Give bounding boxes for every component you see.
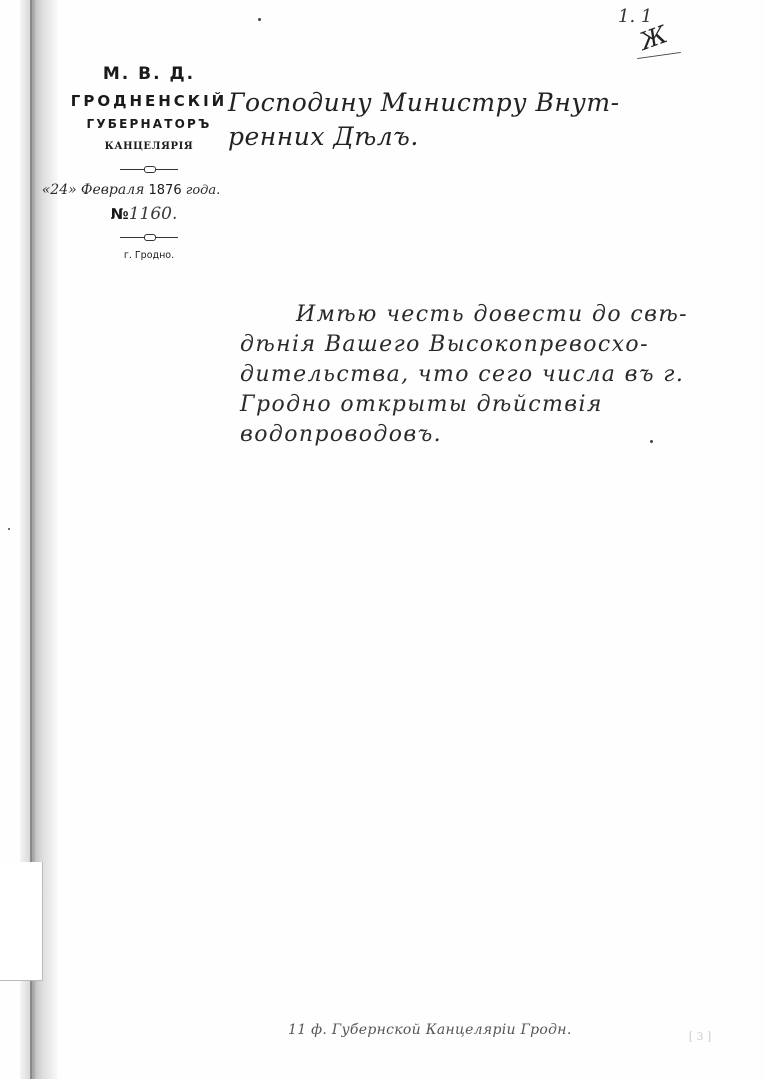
letter-date: «24» Февраля 1876 года.: [34, 182, 228, 198]
ornament-divider: [120, 234, 178, 240]
body-line: Гродно открыты дѣйствія: [240, 390, 710, 420]
date-sep: »: [68, 182, 77, 198]
addressee-line: Господину Министру Внут-: [228, 86, 718, 120]
body-line-text: Имѣю честь довести до свѣ-: [296, 302, 688, 327]
date-month: Февраля: [81, 182, 145, 198]
body-line: дѣнія Вашего Высокопревосхо-: [240, 330, 710, 360]
addressee: Господину Министру Внут- ренних Дѣлъ.: [228, 86, 718, 154]
letterhead: М. В. Д. ГРОДНЕНСКІЙ ГУБЕРНАТОРЪ КАНЦЕЛЯ…: [70, 64, 228, 261]
date-suffix: года.: [186, 183, 221, 198]
office-heading: ГУБЕРНАТОРЪ: [70, 117, 228, 131]
body-line: Имѣю честь довести до свѣ-: [240, 300, 710, 330]
date-day: 24: [50, 182, 68, 198]
letter-number: №1160.: [60, 204, 228, 224]
department-heading: КАНЦЕЛЯРІЯ: [70, 141, 228, 152]
number-value: 1160.: [129, 204, 178, 224]
body-line: водопроводовъ.: [240, 420, 710, 450]
city-label: г. Гродно.: [70, 250, 228, 261]
paper-strip: [0, 910, 43, 981]
addressee-line: ренних Дѣлъ.: [228, 120, 718, 154]
province-heading: ГРОДНЕНСКІЙ: [70, 92, 228, 110]
paper-strip: [0, 862, 43, 911]
ink-speck: [258, 18, 261, 21]
archival-footer-note: 11 ф. Губернской Канцеляріи Гродн.: [288, 1022, 572, 1038]
ministry-heading: М. В. Д.: [70, 64, 228, 84]
body-line: дительства, что сего числа въ г.: [240, 360, 710, 390]
date-year: 1876: [149, 183, 182, 198]
letter-body: Имѣю честь довести до свѣ- дѣнія Вашего …: [240, 300, 710, 450]
ink-speck: [650, 440, 653, 443]
ornament-divider: [120, 166, 178, 172]
date-prefix: «: [42, 182, 51, 198]
archival-folio-number: 1. 1: [618, 6, 652, 27]
number-label: №: [111, 205, 129, 223]
faint-archive-stamp: [ 3 ]: [680, 1024, 720, 1050]
document-page: 1. 1 Ж М. В. Д. ГРОДНЕНСКІЙ ГУБЕРНАТОРЪ …: [0, 0, 764, 1079]
ink-speck: [8, 528, 10, 530]
